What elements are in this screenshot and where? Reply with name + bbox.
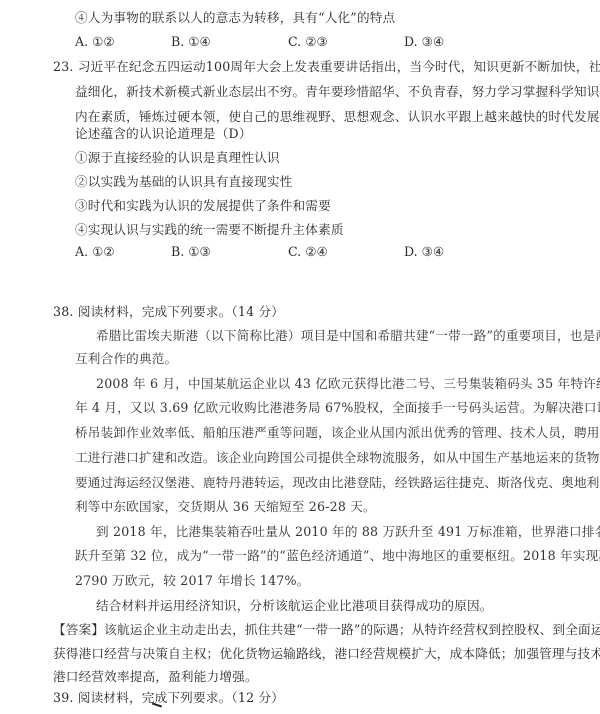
q38-answer-line-1: 【答案】该航运企业主动走出去，抓住共建“一带一路”的际遇；从特许经营权到控股权、… xyxy=(53,622,600,638)
q38-para3-line-3: 2790 万欧元，较 2017 年增长 147%。 xyxy=(75,573,309,589)
q23-option-b: B. ①③ xyxy=(171,244,211,260)
q38-para2-line-6: 利等中东欧国家，交货期从 36 天缩短至 26-28 天。 xyxy=(75,499,376,515)
q39-title: 39. 阅读材料，完成下列要求。（12 分） xyxy=(53,690,284,706)
q22-item-4: ④人为事物的联系以人的意志为转移，具有“人化”的特点 xyxy=(75,10,395,26)
q38-para2-line-2: 年 4 月，又以 3.69 亿欧元收购比港港务局 67%股权，全面接手一号码头运… xyxy=(75,400,600,416)
q38-para2-line-4: 工进行港口扩建和改造。该企业向跨国公司提供全球物流服务，如从中国生产基地运来的货… xyxy=(75,450,600,466)
q38-para2-line-1: 2008 年 6 月，中国某航运企业以 43 亿欧元获得比港二号、三号集装箱码头… xyxy=(96,376,600,392)
q22-option-d: D. ③④ xyxy=(404,34,444,50)
q38-answer-line-2: 获得港口经营与决策自主权；优化货物运输路线，港口经营规模扩大，成本降低；加强管理… xyxy=(53,646,600,662)
q38-para1-line-2: 互利合作的典范。 xyxy=(75,351,177,367)
q23-stem-line-3: 内在素质，锤炼过硬本领，使自己的思维视野、思想观念、认识水平跟上越来越快的时代发… xyxy=(75,109,600,125)
q22-option-a: A. ①② xyxy=(75,34,115,50)
q38-para1-line-1: 希腊比雷埃夫斯港（以下简称比港）项目是中国和希腊共建“一带一路”的重要项目，也是… xyxy=(96,328,600,344)
q38-answer-line-3: 港口经营效率提高，盈利能力增强。 xyxy=(53,669,258,685)
q38-para3-line-1: 到 2018 年，比港集装箱吞吐量从 2010 年的 88 万跃升至 491 万… xyxy=(96,524,600,540)
q23-option-c: C. ②④ xyxy=(288,244,328,260)
q23-stem-line-1: 23. 习近平在纪念五四运动100周年大会上发表重要讲话指出，当今时代，知识更新… xyxy=(53,59,600,75)
q23-option-a: A. ①② xyxy=(75,244,115,260)
q23-stem-line-4: 论述蕴含的认识论道理是（D） xyxy=(75,126,252,142)
q22-option-b: B. ①④ xyxy=(171,34,211,50)
q23-item-1: ①源于直接经验的认识是真理性认识 xyxy=(75,150,280,166)
q23-option-d: D. ③④ xyxy=(404,244,444,260)
q23-stem-line-2: 益细化，新技术新模式新业态层出不穷。青年要珍惜韶华、不负青春，努力学习掌握科学知… xyxy=(75,84,600,100)
q38-para2-line-3: 桥吊装卸作业效率低、船舶压港严重等问题，该企业从国内派出优秀的管理、技术人员，聘… xyxy=(75,425,600,441)
q38-para2-line-5: 要通过海运经汉堡港、鹿特丹港转运，现改由比港登陆，经铁路运往捷克、斯洛伐克、奥地… xyxy=(75,475,600,491)
q23-item-3: ③时代和实践为认识的发展提供了条件和需要 xyxy=(75,198,331,214)
q38-prompt: 结合材料并运用经济知识，分析该航运企业比港项目获得成功的原因。 xyxy=(96,598,493,614)
q38-title: 38. 阅读材料，完成下列要求。（14 分） xyxy=(53,304,284,320)
q23-item-2: ②以实践为基础的认识具有直接现实性 xyxy=(75,174,293,190)
q22-option-c: C. ②③ xyxy=(288,34,328,50)
q38-para3-line-2: 跃升至第 32 位，成为“一带一路”的“蓝色经济通道”、地中海地区的重要枢纽。2… xyxy=(75,548,600,564)
q23-item-4: ④实现认识与实践的统一需要不断提升主体素质 xyxy=(75,222,344,238)
